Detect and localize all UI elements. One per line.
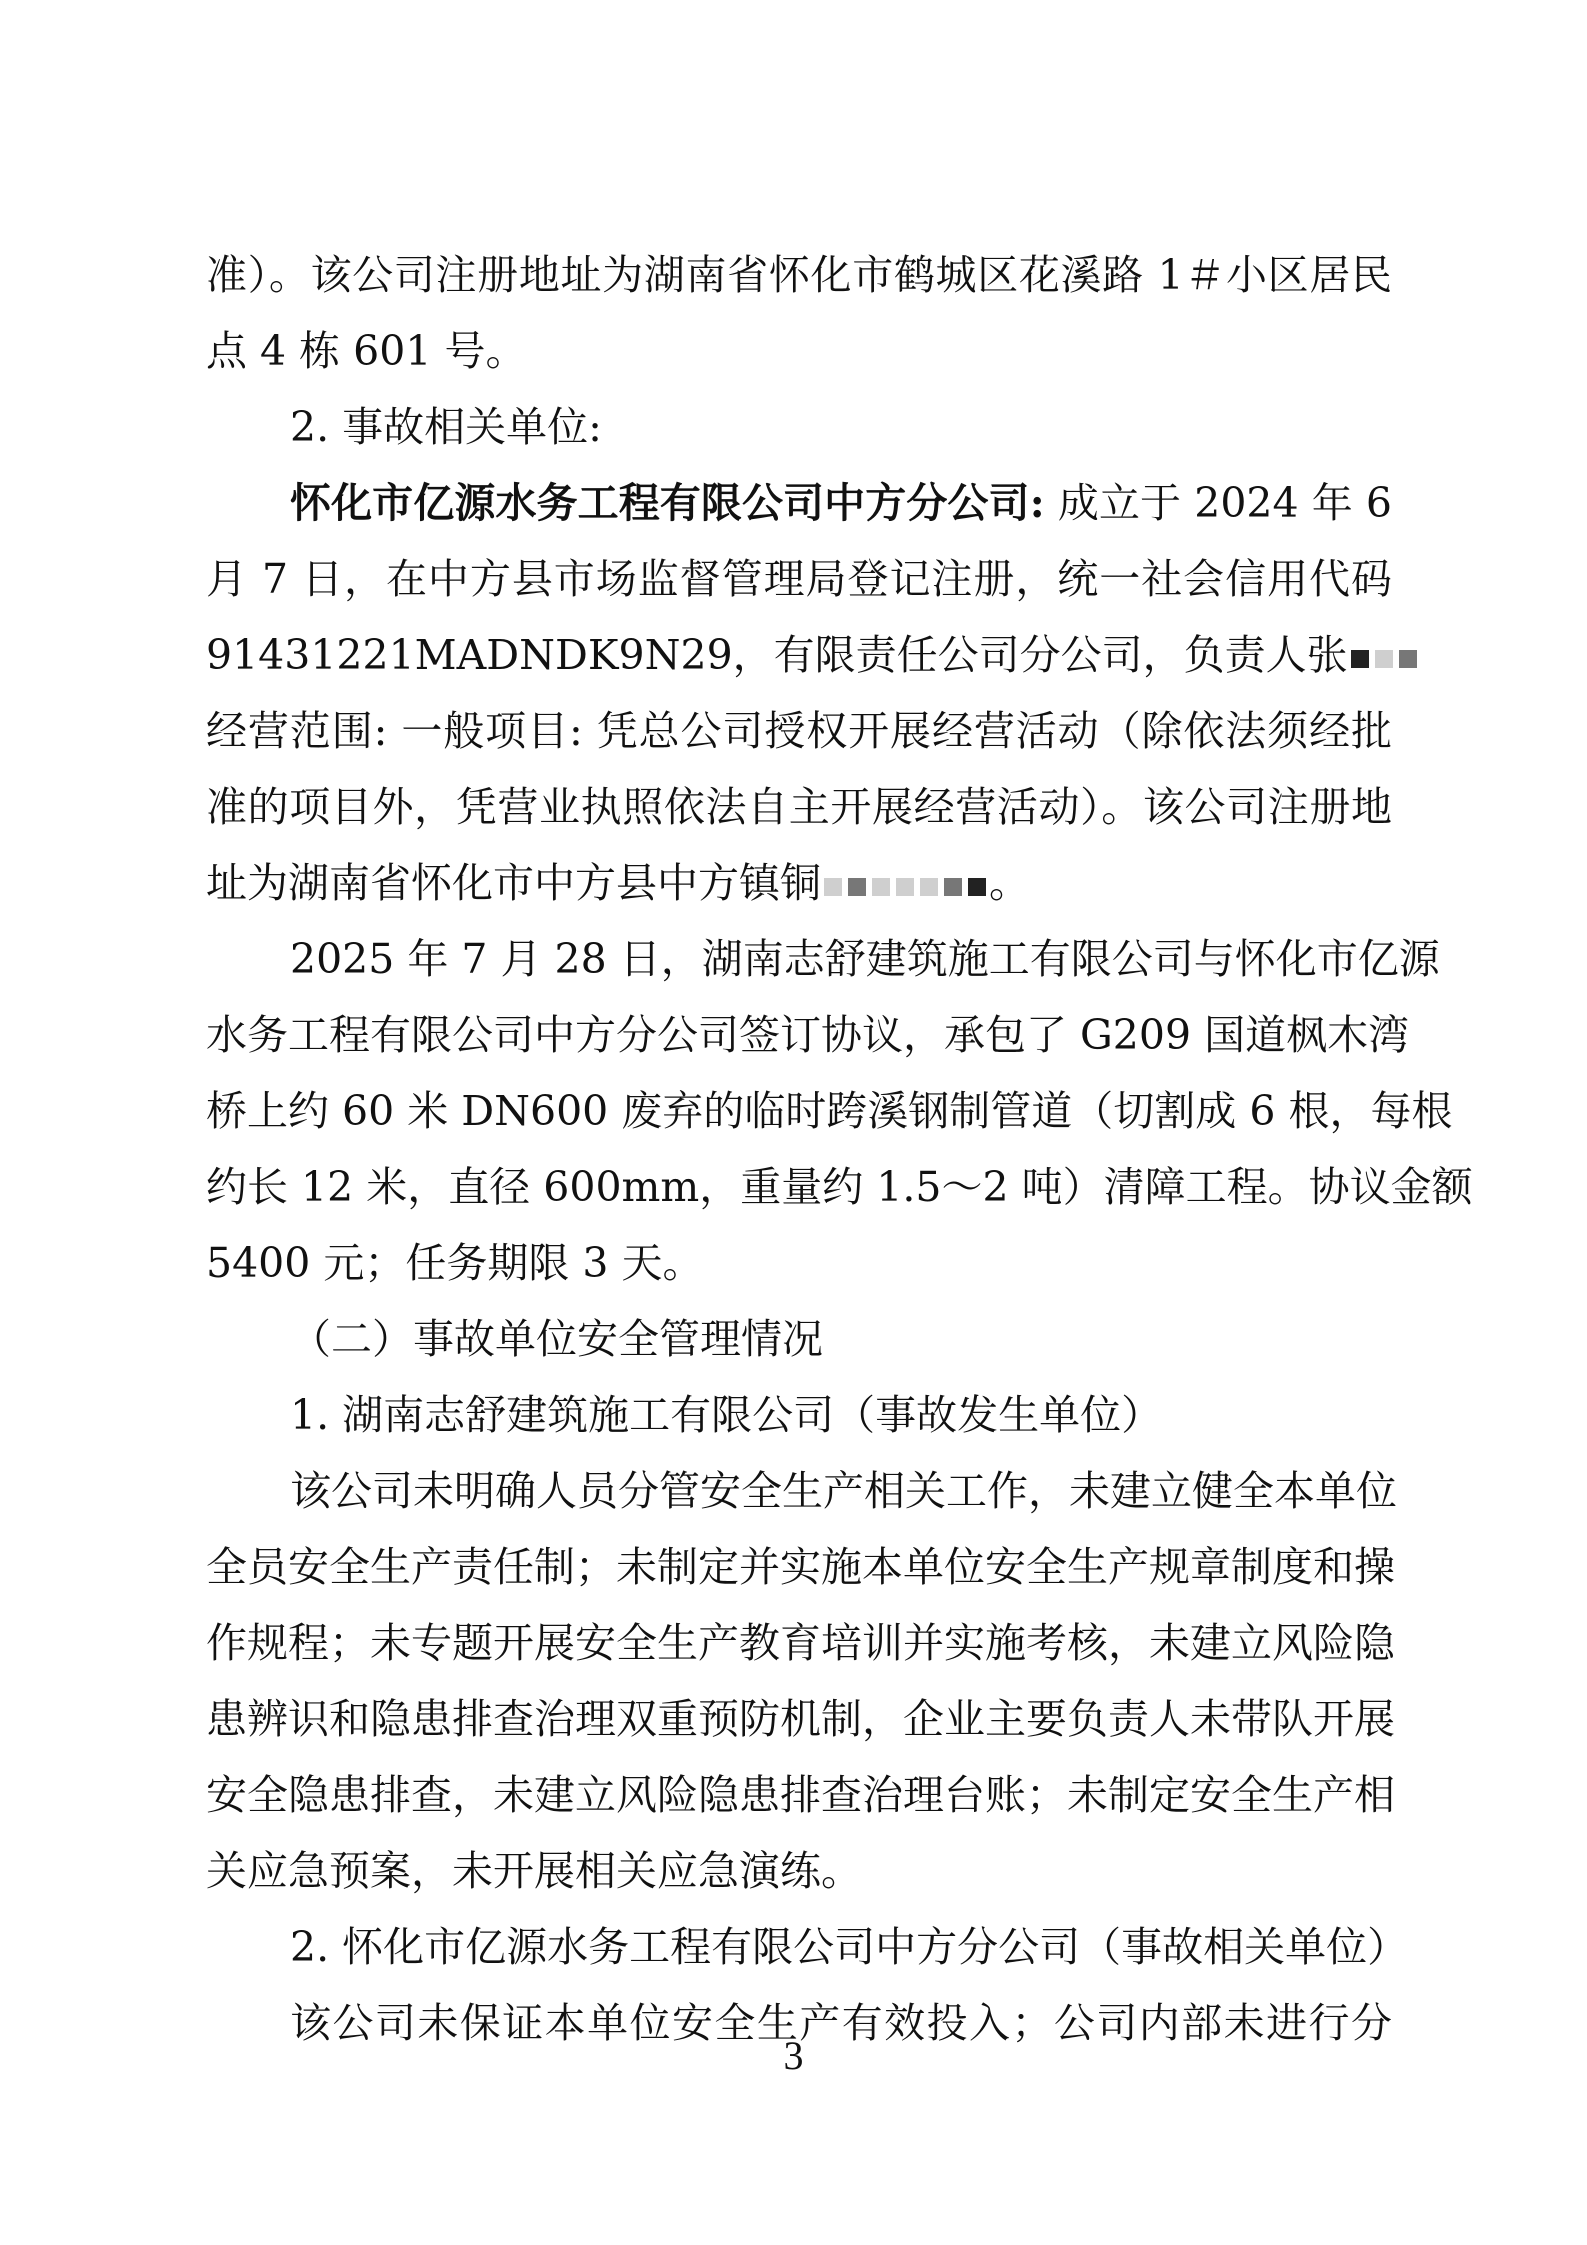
redaction-mosaic <box>872 878 890 896</box>
paragraph-line: 月 7 日，在中方县市场监督管理局登记注册，统一社会信用代码 <box>206 541 1392 617</box>
paragraph-line: 作规程；未专题开展安全生产教育培训并实施考核，未建立风险隐 <box>206 1605 1392 1681</box>
paragraph-line: 准）。该公司注册地址为湖南省怀化市鹤城区花溪路 1＃小区居民 <box>206 237 1392 313</box>
subsection-heading: 2. 怀化市亿源水务工程有限公司中方分公司（事故相关单位） <box>290 1909 1392 1985</box>
redaction-mosaic <box>1351 650 1369 668</box>
document-page: 准）。该公司注册地址为湖南省怀化市鹤城区花溪路 1＃小区居民 点 4 栋 601… <box>0 0 1587 2245</box>
paragraph-line: 患辨识和隐患排查治理双重预防机制，企业主要负责人未带队开展 <box>206 1681 1392 1757</box>
page-number: 3 <box>0 2032 1587 2079</box>
paragraph-line: 约长 12 米，直径 600mm，重量约 1.5～2 吨）清障工程。协议金额 <box>206 1149 1392 1225</box>
paragraph-line: 址为湖南省怀化市中方县中方镇铜。 <box>206 845 1392 921</box>
company-founded-text: 成立于 2024 年 6 <box>1045 479 1392 527</box>
paragraph-line: 5400 元；任务期限 3 天。 <box>206 1225 1392 1301</box>
redaction-mosaic <box>920 878 938 896</box>
paragraph-line: 关应急预案，未开展相关应急演练。 <box>206 1833 1392 1909</box>
paragraph-line: 准的项目外，凭营业执照依法自主开展经营活动）。该公司注册地 <box>206 769 1392 845</box>
redaction-mosaic <box>1375 650 1393 668</box>
redaction-mosaic <box>896 878 914 896</box>
paragraph-line: 点 4 栋 601 号。 <box>206 313 1392 389</box>
subsection-heading: 1. 湖南志舒建筑施工有限公司（事故发生单位） <box>290 1377 1162 1453</box>
section-heading: （二）事故单位安全管理情况 <box>290 1301 823 1377</box>
address-text: 址为湖南省怀化市中方县中方镇铜 <box>206 859 821 907</box>
paragraph-line: 安全隐患排查，未建立风险隐患排查治理台账；未制定安全生产相 <box>206 1757 1392 1833</box>
redaction-mosaic <box>824 878 842 896</box>
address-suffix: 。 <box>989 859 1030 907</box>
paragraph-line: 该公司未明确人员分管安全生产相关工作，未建立健全本单位 <box>290 1453 1392 1529</box>
paragraph-line: 水务工程有限公司中方分公司签订协议，承包了 G209 国道枫木湾 <box>206 997 1392 1073</box>
redaction-mosaic <box>1399 650 1417 668</box>
redaction-mosaic <box>848 878 866 896</box>
paragraph-line: 经营范围: 一般项目: 凭总公司授权开展经营活动（除依法须经批 <box>206 693 1392 769</box>
paragraph-line: 桥上约 60 米 DN600 废弃的临时跨溪钢制管道（切割成 6 根，每根 <box>206 1073 1392 1149</box>
paragraph-line: 2025 年 7 月 28 日，湖南志舒建筑施工有限公司与怀化市亿源 <box>290 921 1392 997</box>
subsection-heading: 2. 事故相关单位: <box>290 389 602 465</box>
paragraph-line: 全员安全生产责任制；未制定并实施本单位安全生产规章制度和操 <box>206 1529 1392 1605</box>
redaction-mosaic <box>968 878 986 896</box>
company-name-bold: 怀化市亿源水务工程有限公司中方分公司: <box>290 479 1045 527</box>
paragraph-line: 91431221MADNDK9N29，有限责任公司分公司，负责人张 <box>206 617 1392 693</box>
redaction-mosaic <box>944 878 962 896</box>
credit-code-text: 91431221MADNDK9N29，有限责任公司分公司，负责人张 <box>206 631 1348 679</box>
paragraph-line: 怀化市亿源水务工程有限公司中方分公司: 成立于 2024 年 6 <box>290 465 1392 541</box>
